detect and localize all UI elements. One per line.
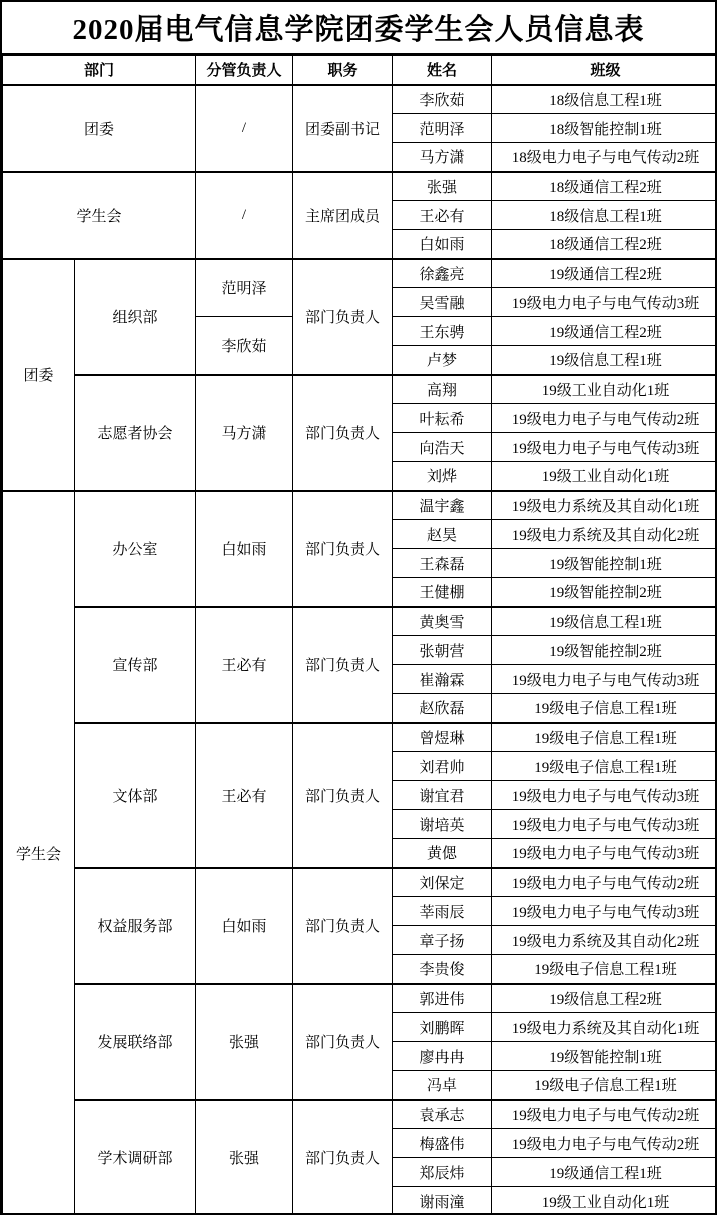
member-name-cell: 谢雨潼	[393, 1187, 492, 1215]
member-name-cell: 王东骋	[393, 317, 492, 346]
group-cell: 团委	[3, 259, 75, 491]
member-name-cell: 袁承志	[393, 1100, 492, 1129]
member-name-cell: 崔瀚霖	[393, 665, 492, 694]
member-name-cell: 莘雨辰	[393, 897, 492, 926]
member-name-cell: 曾煜琳	[393, 723, 492, 752]
class-cell: 19级电力系统及其自动化2班	[492, 926, 717, 955]
class-cell: 19级电力电子与电气传动3班	[492, 288, 717, 317]
class-cell: 19级电子信息工程1班	[492, 752, 717, 781]
class-cell: 19级电力电子与电气传动3班	[492, 897, 717, 926]
member-name-cell: 吴雪融	[393, 288, 492, 317]
member-name-cell: 张强	[393, 172, 492, 201]
page-title: 2020届电气信息学院团委学生会人员信息表	[2, 2, 715, 55]
class-cell: 19级电力系统及其自动化1班	[492, 1013, 717, 1042]
member-name-cell: 范明泽	[393, 114, 492, 143]
member-name-cell: 赵欣磊	[393, 694, 492, 723]
department-cell: 发展联络部	[75, 984, 196, 1100]
member-name-cell: 梅盛伟	[393, 1129, 492, 1158]
class-cell: 19级工业自动化1班	[492, 1187, 717, 1215]
manager-cell: 白如雨	[196, 491, 293, 607]
class-cell: 18级电力电子与电气传动2班	[492, 143, 717, 172]
member-name-cell: 郑辰炜	[393, 1158, 492, 1187]
class-cell: 19级电力电子与电气传动3班	[492, 810, 717, 839]
member-name-cell: 黄奥雪	[393, 607, 492, 636]
member-name-cell: 叶耘希	[393, 404, 492, 433]
class-cell: 18级通信工程2班	[492, 230, 717, 259]
class-cell: 19级通信工程2班	[492, 259, 717, 288]
table-row: 团委/团委副书记李欣茹18级信息工程1班	[3, 85, 717, 114]
member-name-cell: 赵昊	[393, 520, 492, 549]
column-header: 分管负责人	[196, 56, 293, 85]
member-name-cell: 高翔	[393, 375, 492, 404]
member-name-cell: 冯卓	[393, 1071, 492, 1100]
class-cell: 19级工业自动化1班	[492, 375, 717, 404]
member-name-cell: 廖冉冉	[393, 1042, 492, 1071]
manager-cell: 范明泽	[196, 259, 293, 317]
class-cell: 19级智能控制1班	[492, 1042, 717, 1071]
member-name-cell: 李欣茹	[393, 85, 492, 114]
member-name-cell: 刘君帅	[393, 752, 492, 781]
class-cell: 19级电力电子与电气传动3班	[492, 839, 717, 868]
department-cell: 学术调研部	[75, 1100, 196, 1215]
duty-cell: 部门负责人	[293, 984, 393, 1100]
class-cell: 19级电力电子与电气传动2班	[492, 1100, 717, 1129]
table-row: 团委组织部范明泽部门负责人徐鑫亮19级通信工程2班	[3, 259, 717, 288]
column-header: 班级	[492, 56, 717, 85]
duty-cell: 部门负责人	[293, 868, 393, 984]
class-cell: 19级电力电子与电气传动3班	[492, 665, 717, 694]
class-cell: 19级通信工程2班	[492, 317, 717, 346]
department-cell: 组织部	[75, 259, 196, 375]
column-header: 姓名	[393, 56, 492, 85]
group-cell: 学生会	[3, 491, 75, 1215]
duty-cell: 部门负责人	[293, 491, 393, 607]
manager-cell: /	[196, 85, 293, 172]
class-cell: 19级电力电子与电气传动3班	[492, 781, 717, 810]
member-name-cell: 卢梦	[393, 346, 492, 375]
table-row: 文体部王必有部门负责人曾煜琳19级电子信息工程1班	[3, 723, 717, 752]
duty-cell: 团委副书记	[293, 85, 393, 172]
class-cell: 19级电子信息工程1班	[492, 723, 717, 752]
class-cell: 19级电力电子与电气传动3班	[492, 433, 717, 462]
duty-cell: 部门负责人	[293, 607, 393, 723]
manager-cell: 马方潇	[196, 375, 293, 491]
department-cell: 文体部	[75, 723, 196, 868]
member-name-cell: 白如雨	[393, 230, 492, 259]
table-row: 宣传部王必有部门负责人黄奥雪19级信息工程1班	[3, 607, 717, 636]
table-row: 学生会/主席团成员张强18级通信工程2班	[3, 172, 717, 201]
member-name-cell: 郭进伟	[393, 984, 492, 1013]
class-cell: 19级电子信息工程1班	[492, 1071, 717, 1100]
class-cell: 19级电力电子与电气传动2班	[492, 1129, 717, 1158]
department-cell: 宣传部	[75, 607, 196, 723]
class-cell: 19级信息工程1班	[492, 346, 717, 375]
personnel-info-sheet: 2020届电气信息学院团委学生会人员信息表 部门分管负责人职务姓名班级 团委/团…	[0, 0, 717, 1215]
class-cell: 18级智能控制1班	[492, 114, 717, 143]
class-cell: 18级信息工程1班	[492, 201, 717, 230]
department-cell: 办公室	[75, 491, 196, 607]
table-row: 学生会办公室白如雨部门负责人温宇鑫19级电力系统及其自动化1班	[3, 491, 717, 520]
duty-cell: 部门负责人	[293, 1100, 393, 1215]
table-header-row: 部门分管负责人职务姓名班级	[3, 56, 717, 85]
personnel-table: 部门分管负责人职务姓名班级 团委/团委副书记李欣茹18级信息工程1班范明泽18级…	[2, 55, 717, 1215]
table-row: 发展联络部张强部门负责人郭进伟19级信息工程2班	[3, 984, 717, 1013]
table-body: 团委/团委副书记李欣茹18级信息工程1班范明泽18级智能控制1班马方潇18级电力…	[3, 85, 717, 1215]
duty-cell: 部门负责人	[293, 375, 393, 491]
class-cell: 19级智能控制2班	[492, 636, 717, 665]
department-cell: 权益服务部	[75, 868, 196, 984]
member-name-cell: 谢培英	[393, 810, 492, 839]
manager-cell: 李欣茹	[196, 317, 293, 375]
class-cell: 19级智能控制2班	[492, 578, 717, 607]
member-name-cell: 温宇鑫	[393, 491, 492, 520]
member-name-cell: 黄偲	[393, 839, 492, 868]
class-cell: 19级工业自动化1班	[492, 462, 717, 491]
table-row: 权益服务部白如雨部门负责人刘保定19级电力电子与电气传动2班	[3, 868, 717, 897]
manager-cell: 张强	[196, 984, 293, 1100]
table-row: 学术调研部张强部门负责人袁承志19级电力电子与电气传动2班	[3, 1100, 717, 1129]
manager-cell: 王必有	[196, 723, 293, 868]
class-cell: 19级电力系统及其自动化2班	[492, 520, 717, 549]
member-name-cell: 刘鹏晖	[393, 1013, 492, 1042]
member-name-cell: 向浩天	[393, 433, 492, 462]
member-name-cell: 徐鑫亮	[393, 259, 492, 288]
manager-cell: 白如雨	[196, 868, 293, 984]
duty-cell: 部门负责人	[293, 259, 393, 375]
column-header: 部门	[3, 56, 196, 85]
manager-cell: 张强	[196, 1100, 293, 1215]
member-name-cell: 王健棚	[393, 578, 492, 607]
department-cell: 志愿者协会	[75, 375, 196, 491]
manager-cell: /	[196, 172, 293, 259]
duty-cell: 部门负责人	[293, 723, 393, 868]
class-cell: 19级电子信息工程1班	[492, 694, 717, 723]
table-row: 志愿者协会马方潇部门负责人高翔19级工业自动化1班	[3, 375, 717, 404]
member-name-cell: 马方潇	[393, 143, 492, 172]
duty-cell: 主席团成员	[293, 172, 393, 259]
class-cell: 19级电力系统及其自动化1班	[492, 491, 717, 520]
class-cell: 19级信息工程2班	[492, 984, 717, 1013]
manager-cell: 王必有	[196, 607, 293, 723]
class-cell: 19级电力电子与电气传动2班	[492, 868, 717, 897]
member-name-cell: 王森磊	[393, 549, 492, 578]
class-cell: 18级信息工程1班	[492, 85, 717, 114]
member-name-cell: 张朝营	[393, 636, 492, 665]
column-header: 职务	[293, 56, 393, 85]
member-name-cell: 李贵俊	[393, 955, 492, 984]
member-name-cell: 章子扬	[393, 926, 492, 955]
member-name-cell: 刘烨	[393, 462, 492, 491]
department-cell: 学生会	[3, 172, 196, 259]
class-cell: 19级电力电子与电气传动2班	[492, 404, 717, 433]
member-name-cell: 谢宜君	[393, 781, 492, 810]
class-cell: 19级信息工程1班	[492, 607, 717, 636]
class-cell: 19级智能控制1班	[492, 549, 717, 578]
class-cell: 19级电子信息工程1班	[492, 955, 717, 984]
class-cell: 19级通信工程1班	[492, 1158, 717, 1187]
department-cell: 团委	[3, 85, 196, 172]
class-cell: 18级通信工程2班	[492, 172, 717, 201]
member-name-cell: 刘保定	[393, 868, 492, 897]
member-name-cell: 王必有	[393, 201, 492, 230]
